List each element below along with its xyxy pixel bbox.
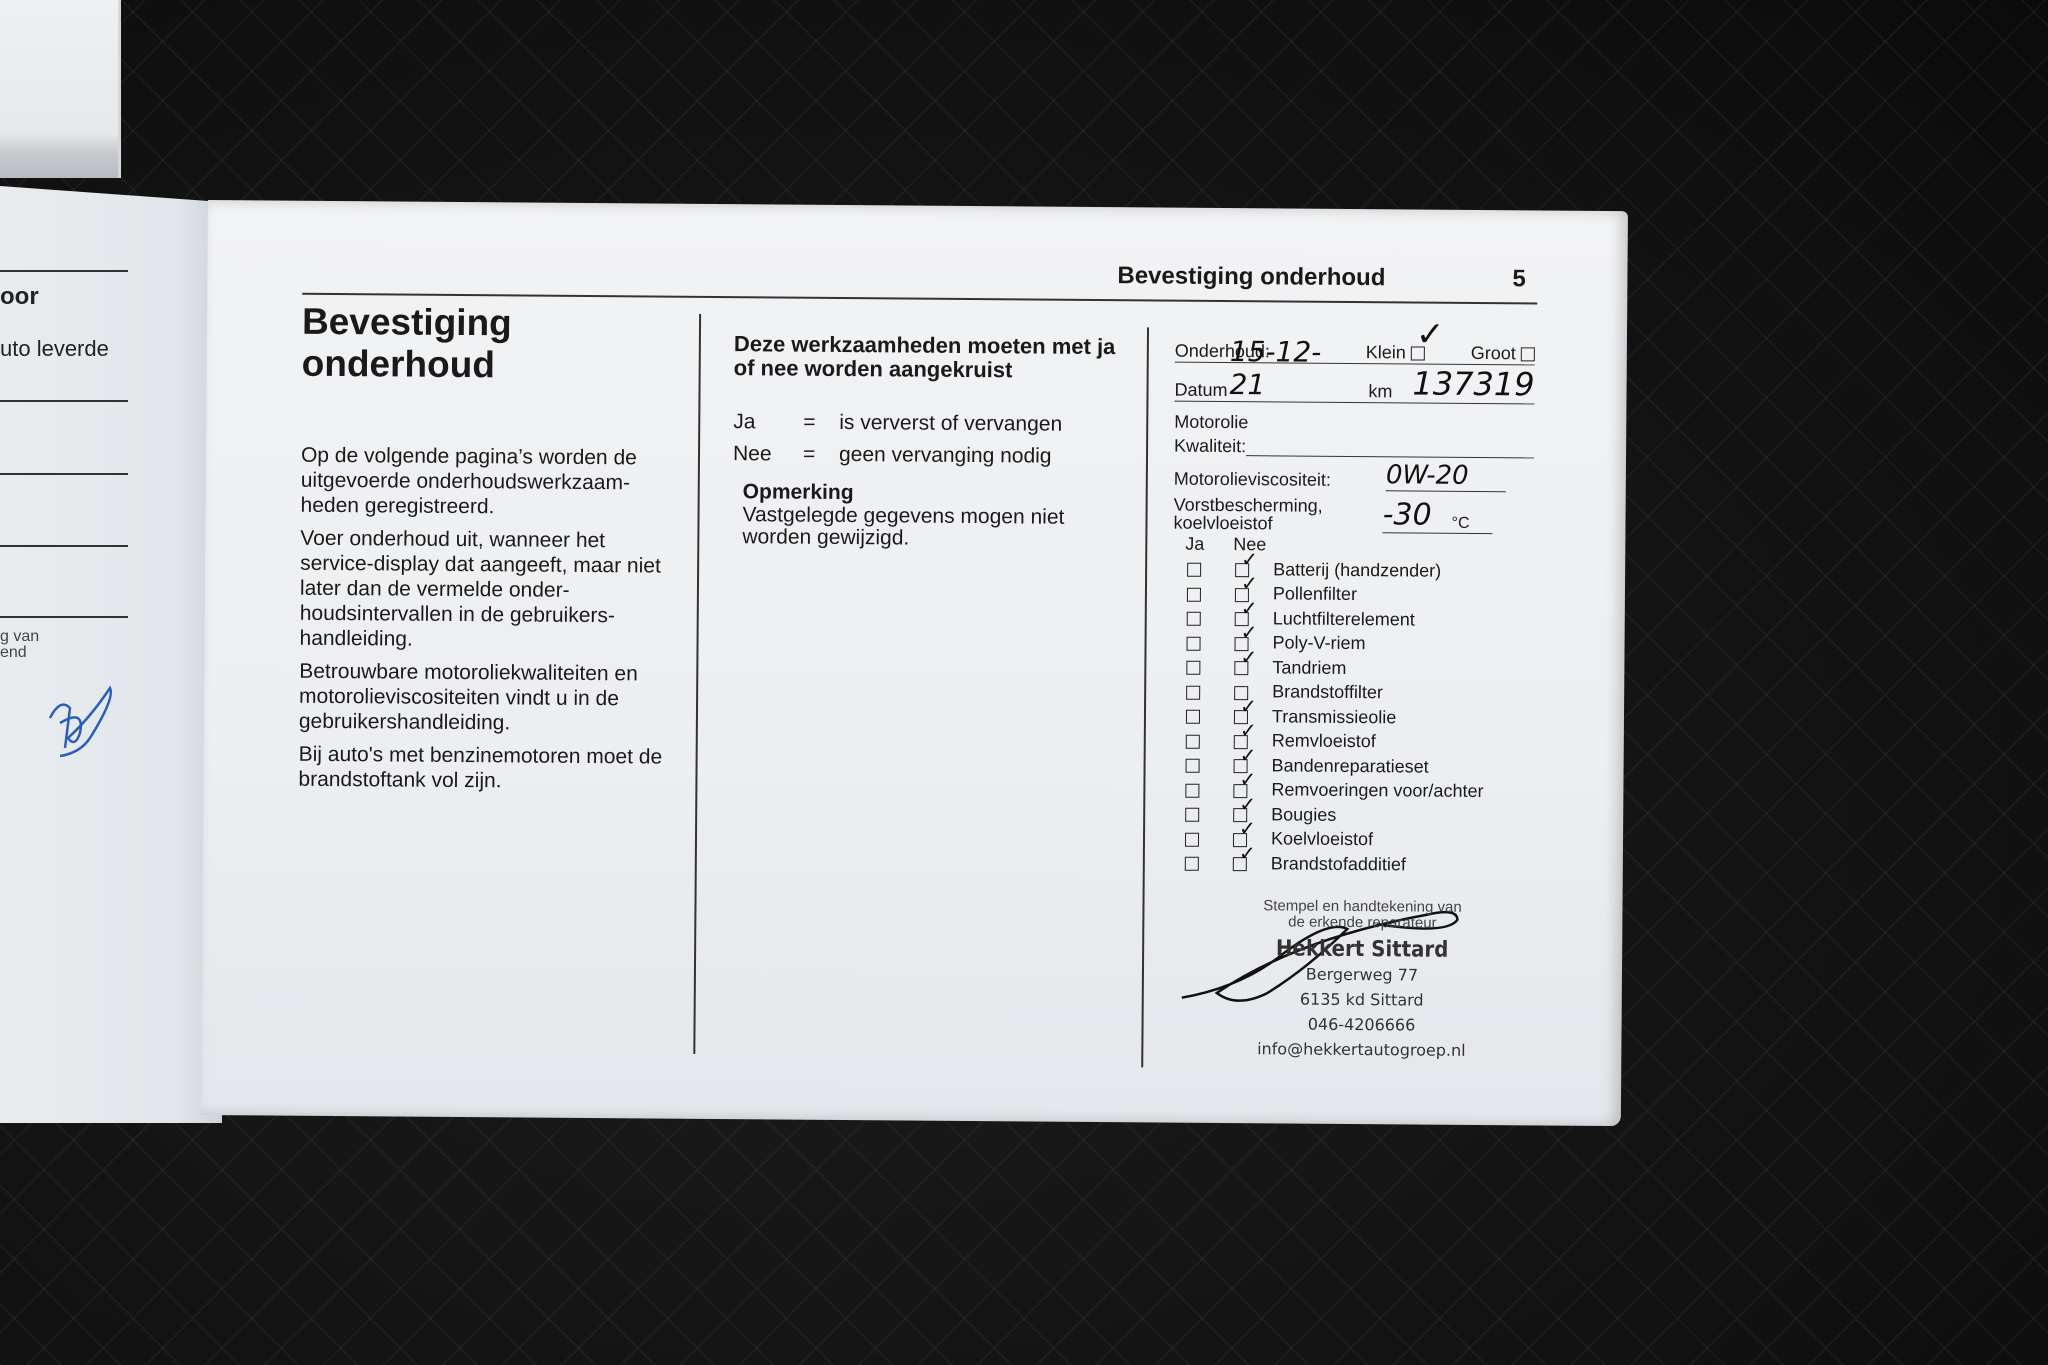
legend-row-ja: Ja = is ververst of vervangen xyxy=(733,410,1123,445)
checkmark-icon: ✓ xyxy=(1241,620,1258,644)
checkmark-icon: ✓ xyxy=(1239,816,1256,840)
viscositeit-row: Motorolieviscositeit: 0W-20 xyxy=(1174,460,1534,493)
remark-text: Vastgelegde gegevens mogen niet worden g… xyxy=(742,504,1122,551)
ja-checkbox[interactable] xyxy=(1185,783,1199,797)
checklist-item-label: Batterij (handzender) xyxy=(1273,559,1441,581)
column-divider xyxy=(693,314,701,1054)
dealer-street: Bergerweg 77 xyxy=(1212,961,1512,988)
ja-checkbox[interactable] xyxy=(1185,832,1199,846)
ja-checkbox[interactable] xyxy=(1185,808,1199,822)
checklist-item: ✓Brandstofadditief xyxy=(1171,851,1531,878)
intro-column: Bevestiging onderhoud Op de volgende pag… xyxy=(298,301,682,803)
checklist-item: ✓Poly-V-riem xyxy=(1172,630,1532,657)
kwaliteit-field[interactable] xyxy=(1246,436,1534,458)
checklist-item-label: Transmissieolie xyxy=(1272,706,1397,728)
datum-field[interactable]: 15-12-21 xyxy=(1229,335,1350,402)
groot-checkbox[interactable] xyxy=(1521,348,1535,362)
checklist-item-label: Brandstofadditief xyxy=(1271,853,1406,875)
datum-row: Datum 15-12-21 km 137319 xyxy=(1174,363,1534,405)
checklist-item: Brandstoffilter xyxy=(1172,679,1532,706)
checklist-item: ✓Luchtfilterelement xyxy=(1173,606,1533,633)
ja-checkbox[interactable] xyxy=(1186,636,1200,650)
ja-checkbox[interactable] xyxy=(1186,759,1200,773)
checkmark-icon: ✓ xyxy=(1239,792,1256,816)
checklist-item-label: Luchtfilterelement xyxy=(1273,608,1415,630)
left-page-text-fragment: uto leverde xyxy=(0,336,109,362)
checklist-item-label: Remvloeistof xyxy=(1272,731,1376,753)
checkmark-icon: ✓ xyxy=(1240,718,1257,742)
dealer-stamp: Stempel en handtekening van de erkende r… xyxy=(1211,898,1512,1063)
checklist-item-label: Bougies xyxy=(1271,804,1336,826)
vorst-row: Vorstbescherming, koelvloeistof -30 °C xyxy=(1173,496,1533,535)
dealer-email: info@hekkertautogroep.nl xyxy=(1211,1036,1511,1063)
ja-checkbox[interactable] xyxy=(1187,563,1201,577)
checklist-item-label: Bandenreparatieset xyxy=(1272,755,1429,777)
ja-checkbox[interactable] xyxy=(1186,661,1200,675)
page-header-title: Bevestiging onderhoud xyxy=(1117,262,1385,292)
checkmark-icon: ✓ xyxy=(1239,841,1256,865)
ja-checkbox[interactable] xyxy=(1187,612,1201,626)
ja-checkbox[interactable] xyxy=(1186,685,1200,699)
ja-checkbox[interactable] xyxy=(1187,587,1201,601)
checklist-item-label: Pollenfilter xyxy=(1273,584,1357,606)
booklet-back-cover xyxy=(0,0,121,178)
checklist-item: ✓Transmissieolie xyxy=(1172,704,1532,731)
checklist-item: ✓Koelvloeistof xyxy=(1171,826,1531,853)
divider xyxy=(0,400,128,402)
ja-checkbox[interactable] xyxy=(1185,857,1199,871)
checkmark-icon: ✓ xyxy=(1240,743,1257,767)
checkmark-icon: ✓ xyxy=(1241,596,1258,620)
checklist-item-label: Poly-V-riem xyxy=(1272,633,1365,655)
klein-option[interactable]: Klein ✓ xyxy=(1366,342,1425,363)
dealer-city: 6135 kd Sittard xyxy=(1212,986,1512,1013)
viscositeit-field[interactable]: 0W-20 xyxy=(1386,460,1506,492)
kwaliteit-row: Kwaliteit: xyxy=(1174,436,1534,463)
vorst-field[interactable]: -30 xyxy=(1383,497,1432,532)
checklist-item-label: Remvoeringen voor/achter xyxy=(1271,780,1483,803)
intro-title: Bevestiging onderhoud xyxy=(302,301,683,388)
groot-option[interactable]: Groot xyxy=(1471,343,1535,365)
left-page: oor uto leverde g van end xyxy=(0,178,222,1123)
left-page-caption-2: end xyxy=(0,644,27,662)
intro-paragraph: Op de volgende pagina’s worden de uitgev… xyxy=(301,443,682,521)
intro-paragraph: Voer onderhoud uit, wanneer het service-… xyxy=(299,526,680,654)
onderhoud-row: Onderhoud: Klein ✓ Groot xyxy=(1175,328,1535,366)
checklist-item: ✓Remvoeringen voor/achter xyxy=(1171,777,1531,804)
checklist-item-label: Tandriem xyxy=(1272,657,1346,679)
ja-checkbox[interactable] xyxy=(1186,734,1200,748)
ja-checkbox[interactable] xyxy=(1186,710,1200,724)
column-divider xyxy=(1141,327,1149,1067)
checklist-item-label: Brandstoffilter xyxy=(1272,682,1383,704)
divider xyxy=(0,616,128,618)
checkmark-icon: ✓ xyxy=(1240,645,1257,669)
left-page-heading-fragment: oor xyxy=(0,283,39,311)
instructions-heading: Deze werkzaamheden moeten met ja of nee … xyxy=(734,332,1124,383)
motorolie-label: Motorolie xyxy=(1174,412,1534,439)
checkmark-icon: ✓ xyxy=(1240,694,1257,718)
checklist-item-label: Koelvloeistof xyxy=(1271,829,1373,851)
checkmark-icon: ✓ xyxy=(1416,314,1445,354)
divider xyxy=(0,473,128,475)
checklist-header: Ja Nee xyxy=(1173,534,1533,558)
instructions-column: Deze werkzaamheden moeten met ja of nee … xyxy=(732,332,1124,551)
legend: Ja = is ververst of vervangen Nee = geen… xyxy=(733,410,1123,477)
checklist-item: ✓Tandriem xyxy=(1172,655,1532,682)
checklist: ✓Batterij (handzender)✓Pollenfilter✓Luch… xyxy=(1171,557,1533,878)
checkmark-icon: ✓ xyxy=(1241,547,1258,571)
checkmark-icon: ✓ xyxy=(1241,571,1258,595)
maintenance-form: Onderhoud: Klein ✓ Groot Datum 15-12-21 … xyxy=(1171,328,1535,878)
maintenance-page: Bevestiging onderhoud 5 Bevestiging onde… xyxy=(201,200,1628,1126)
checklist-item: ✓Remvloeistof xyxy=(1172,728,1532,755)
checklist-item: ✓Bandenreparatieset xyxy=(1171,753,1531,780)
intro-paragraph: Bij auto's met benzinemotoren moet de br… xyxy=(298,742,678,795)
checklist-item: ✓Bougies xyxy=(1171,802,1531,829)
dealer-name: Hekkert Sittard xyxy=(1212,936,1512,963)
divider xyxy=(0,545,128,547)
checklist-item: ✓Pollenfilter xyxy=(1173,581,1533,608)
km-field[interactable]: 137319 xyxy=(1412,364,1534,403)
checklist-item: ✓Batterij (handzender) xyxy=(1173,557,1533,584)
legend-row-nee: Nee = geen vervanging nodig xyxy=(733,442,1123,477)
blue-signature-icon xyxy=(40,678,120,758)
intro-paragraph: Betrouwbare motoroliekwaliteiten en moto… xyxy=(299,659,680,737)
checkmark-icon: ✓ xyxy=(1239,767,1256,791)
divider xyxy=(0,270,128,272)
page-number: 5 xyxy=(1512,265,1526,293)
dealer-phone: 046-4206666 xyxy=(1211,1011,1511,1038)
